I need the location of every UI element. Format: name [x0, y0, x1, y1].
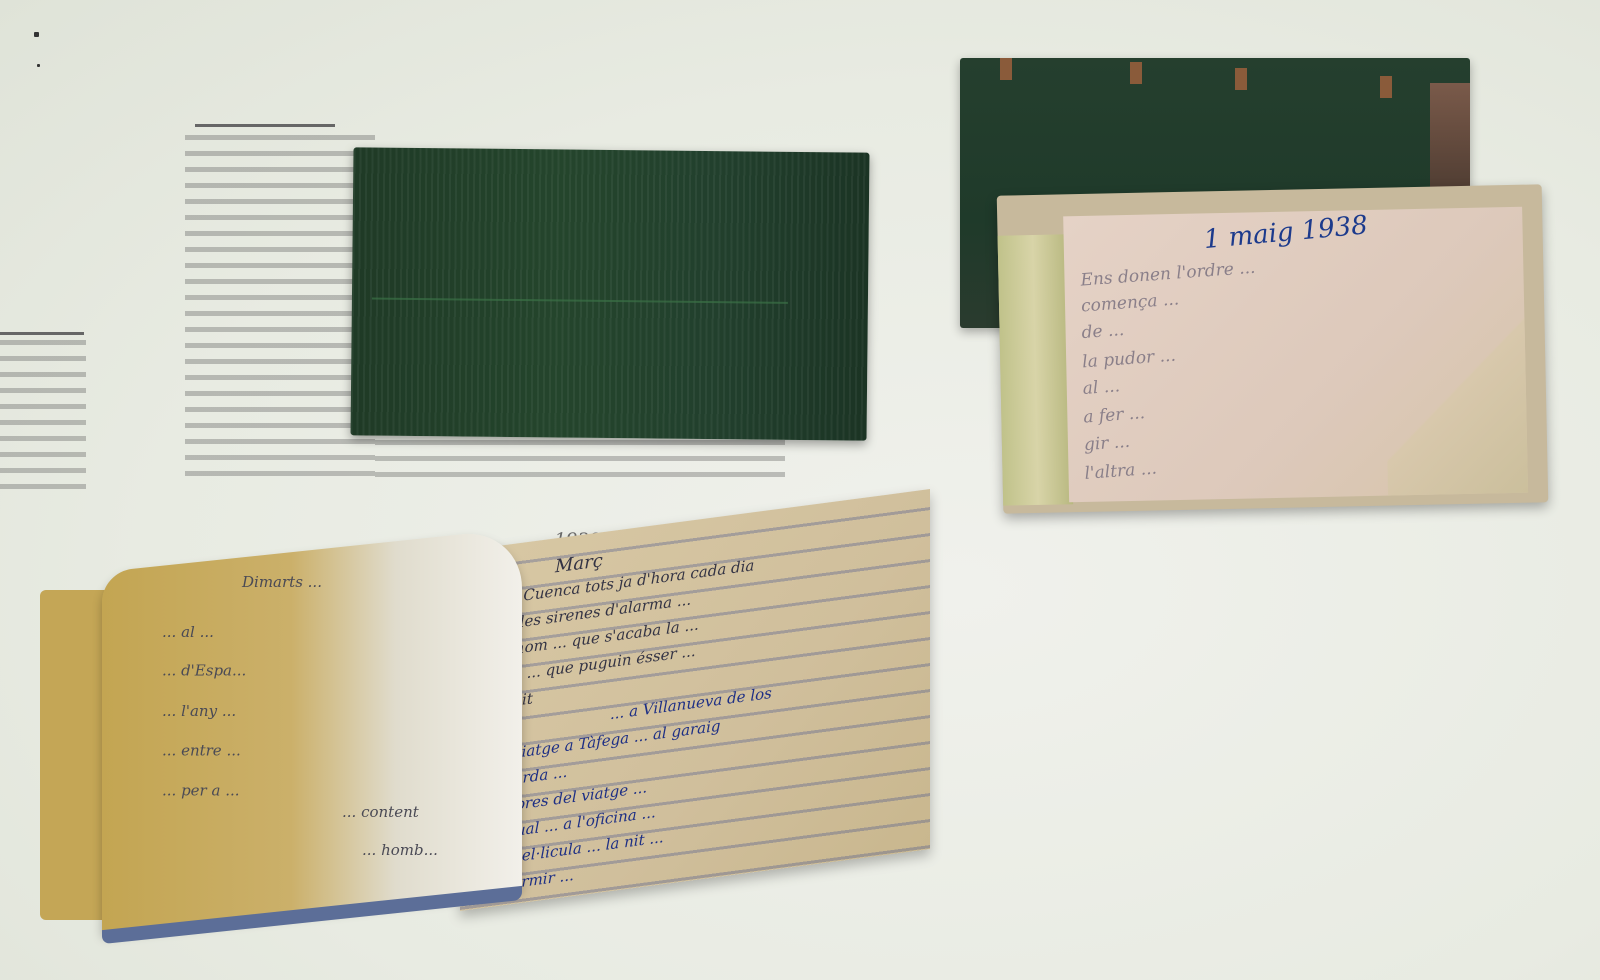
notebook-right-page: Març Aquí a Cuenca tots ja d'hora cada d…	[460, 489, 930, 911]
date-heading: 1 maig 1938	[1203, 210, 1369, 255]
handwritten-line: ... entre ...	[162, 742, 241, 760]
notebook-page: 1 maig 1938 Ens donen l'ordre ... començ…	[1063, 207, 1528, 503]
folded-corner	[1384, 313, 1528, 496]
handwritten-line: a fer ...	[1083, 403, 1146, 427]
scan-rule	[195, 124, 335, 127]
notebook-spine	[998, 234, 1074, 505]
cover-tab	[1130, 62, 1142, 84]
handwritten-line: comença ...	[1080, 289, 1179, 316]
handwritten-line: la pudor ...	[1082, 346, 1177, 373]
notebook-left-page-curled: Dimarts ... ... al ... ... d'Espa... ...…	[102, 528, 522, 932]
handwritten-line: ... per a ...	[162, 782, 240, 800]
dust-speck	[37, 64, 40, 67]
handwritten-line: ... content	[342, 803, 419, 821]
notebook-cover-closed: 1938	[351, 147, 870, 440]
handwritten-line: Ens donen l'ordre ...	[1080, 258, 1256, 291]
handwritten-line: al ...	[1082, 376, 1121, 399]
printed-scan-block	[375, 440, 785, 485]
handwritten-line: de ...	[1081, 320, 1125, 343]
handwritten-line: Dimarts ...	[242, 573, 322, 591]
cover-tab	[1380, 76, 1392, 98]
dust-speck	[34, 32, 39, 37]
handwritten-line: gir ...	[1083, 432, 1130, 455]
handwritten-line: ... d'Espa...	[162, 661, 246, 679]
notebook-back-leaf	[40, 590, 110, 920]
handwritten-line: ... a Villanueva de los	[610, 684, 772, 723]
printed-scan-block	[185, 135, 375, 485]
handwritten-line: ... homb...	[362, 841, 438, 859]
cover-tab	[1235, 68, 1247, 90]
handwritten-line: ... al ...	[162, 623, 214, 641]
printed-scan-block	[0, 340, 86, 490]
handwritten-line: ... l'any ...	[162, 702, 236, 720]
scan-rule	[0, 332, 84, 335]
cover-tab	[1000, 58, 1012, 80]
notebook-open-top-right: 1 maig 1938 Ens donen l'ordre ... començ…	[997, 184, 1549, 513]
cover-seam	[372, 298, 788, 304]
page-heading: Març	[555, 550, 603, 577]
page-block-edge	[102, 886, 522, 944]
notebook-open-bottom: Març Aquí a Cuenca tots ja d'hora cada d…	[40, 500, 930, 940]
handwritten-line: l'altra ...	[1084, 459, 1158, 484]
